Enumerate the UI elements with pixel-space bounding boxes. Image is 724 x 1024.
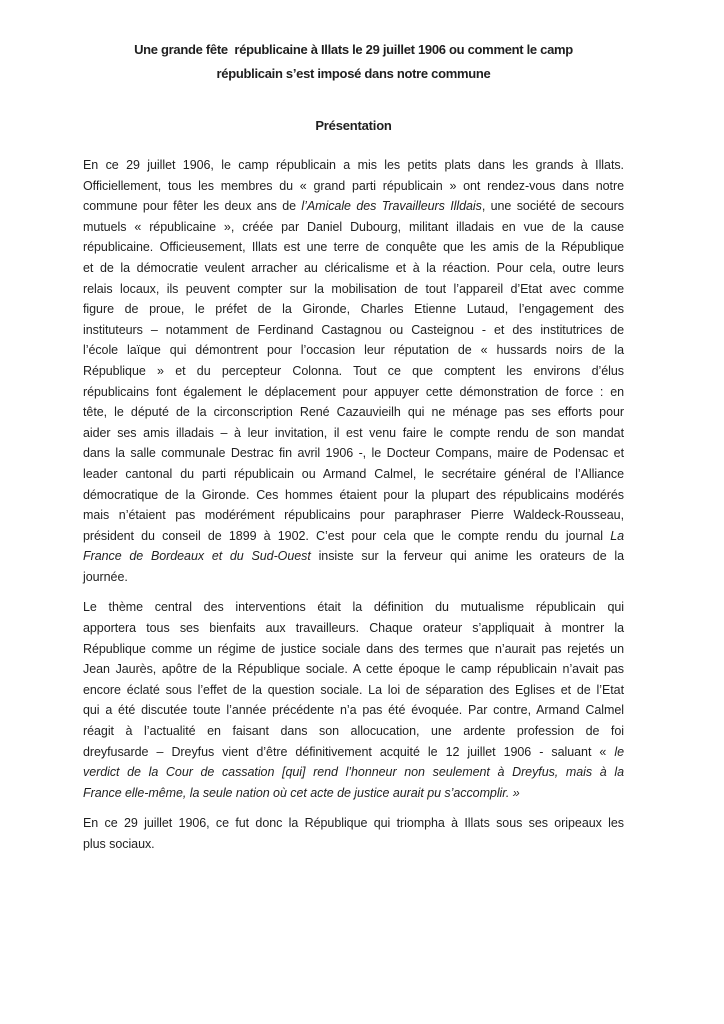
text-line: réagit à l’actualité en faisant dans son… — [83, 721, 624, 742]
text-line: instituteurs – notamment de Ferdinand Ca… — [83, 320, 624, 341]
text-line: plus sociaux. — [83, 834, 624, 855]
text-line: journée. — [83, 567, 624, 588]
text-line: tête, le député de la circonscription Re… — [83, 402, 624, 423]
text-run: En ce 29 juillet 1906, le camp républica… — [83, 158, 624, 172]
text-run: mutuels « républicaine », créée par Dani… — [83, 220, 624, 234]
text-run: En ce 29 juillet 1906, ce fut donc la Ré… — [83, 816, 624, 830]
text-line: l’école laïque qui démontrent pour l’occ… — [83, 340, 624, 361]
text-line: aider ses amis illadais – à leur invitat… — [83, 423, 624, 444]
paragraph: En ce 29 juillet 1906, ce fut donc la Ré… — [83, 813, 624, 854]
document-body: En ce 29 juillet 1906, le camp républica… — [83, 155, 624, 855]
text-line: leader cantonal du parti républicain ou … — [83, 464, 624, 485]
text-run: qui a été discutée toute l’année précéde… — [83, 703, 624, 717]
text-run: l’école laïque qui démontrent pour l’occ… — [83, 343, 624, 357]
text-line: France elle-même, la seule nation où cet… — [83, 783, 624, 804]
text-run: dreyfusarde – Dreyfus vient d’être défin… — [83, 745, 614, 759]
text-line: En ce 29 juillet 1906, ce fut donc la Ré… — [83, 813, 624, 834]
text-run: Officiellement, tous les membres du « gr… — [83, 179, 624, 193]
text-run: relais locaux, ils peuvent compter sur l… — [83, 282, 624, 296]
text-run: France de Bordeaux et du Sud-Ouest — [83, 549, 311, 563]
text-run: instituteurs – notamment de Ferdinand Ca… — [83, 323, 624, 337]
text-run: République » et du percepteur Colonna. T… — [83, 364, 624, 378]
text-line: figure de proue, le préfet de la Gironde… — [83, 299, 624, 320]
text-line: Jean Jaurès, apôtre de la République soc… — [83, 659, 624, 680]
text-line: encore éclaté sous l’effet de la questio… — [83, 680, 624, 701]
text-line: président du conseil de 1899 à 1902. C’e… — [83, 526, 624, 547]
text-line: démocratique de la Gironde. Ces hommes é… — [83, 485, 624, 506]
text-line: Le thème central des interventions était… — [83, 597, 624, 618]
text-run: et de la démocratie veulent arracher au … — [83, 261, 624, 275]
text-run: apportera tous ses bienfaits aux travail… — [83, 621, 624, 635]
text-run: réagit à l’actualité en faisant dans son… — [83, 724, 624, 738]
text-line: relais locaux, ils peuvent compter sur l… — [83, 279, 624, 300]
text-run: Jean Jaurès, apôtre de la République soc… — [83, 662, 624, 676]
text-run: Le thème central des interventions était… — [83, 600, 624, 614]
text-run: aider ses amis illadais – à leur invitat… — [83, 426, 624, 440]
section-heading-presentation: Présentation — [83, 114, 624, 138]
document-title-line-1: Une grande fête républicaine à Illats le… — [83, 38, 624, 62]
text-run: républicaine. Officieusement, Illats est… — [83, 240, 624, 254]
text-line: apportera tous ses bienfaits aux travail… — [83, 618, 624, 639]
text-run: républicains font également le déplaceme… — [83, 385, 624, 399]
text-line: commune pour fêter les deux ans de l’Ami… — [83, 196, 624, 217]
text-run: France elle-même, la seule nation où cet… — [83, 786, 520, 800]
text-line: République comme un régime de justice so… — [83, 639, 624, 660]
text-run: président du conseil de 1899 à 1902. C’e… — [83, 529, 610, 543]
text-run: verdict de la Cour de cassation [qui] re… — [83, 765, 624, 779]
text-run: plus sociaux. — [83, 837, 155, 851]
text-line: République » et du percepteur Colonna. T… — [83, 361, 624, 382]
text-line: qui a été discutée toute l’année précéde… — [83, 700, 624, 721]
text-run: commune pour fêter les deux ans de — [83, 199, 301, 213]
text-run: journée. — [83, 570, 128, 584]
text-run: leader cantonal du parti républicain ou … — [83, 467, 624, 481]
text-run: le — [614, 745, 624, 759]
paragraph: Le thème central des interventions était… — [83, 597, 624, 803]
document-title: Une grande fête républicaine à Illats le… — [83, 38, 624, 86]
text-line: mais n’étaient pas modérément républicai… — [83, 505, 624, 526]
text-line: verdict de la Cour de cassation [qui] re… — [83, 762, 624, 783]
text-line: dreyfusarde – Dreyfus vient d’être défin… — [83, 742, 624, 763]
text-run: République comme un régime de justice so… — [83, 642, 624, 656]
text-run: l’Amicale des Travailleurs Illdais — [301, 199, 481, 213]
text-run: encore éclaté sous l’effet de la questio… — [83, 683, 624, 697]
text-run: , une société de secours — [482, 199, 624, 213]
document-title-line-2: républicain s’est imposé dans notre comm… — [83, 62, 624, 86]
text-run: figure de proue, le préfet de la Gironde… — [83, 302, 624, 316]
text-run: insiste sur la ferveur qui anime les ora… — [311, 549, 624, 563]
scanned-document-page: Une grande fête républicaine à Illats le… — [0, 0, 724, 1024]
text-line: républicains font également le déplaceme… — [83, 382, 624, 403]
text-line: républicaine. Officieusement, Illats est… — [83, 237, 624, 258]
text-line: et de la démocratie veulent arracher au … — [83, 258, 624, 279]
text-run: démocratique de la Gironde. Ces hommes é… — [83, 488, 624, 502]
text-line: Officiellement, tous les membres du « gr… — [83, 176, 624, 197]
text-line: France de Bordeaux et du Sud-Ouest insis… — [83, 546, 624, 567]
text-line: dans la salle communale Destrac fin avri… — [83, 443, 624, 464]
text-run: tête, le député de la circonscription Re… — [83, 405, 624, 419]
text-line: En ce 29 juillet 1906, le camp républica… — [83, 155, 624, 176]
text-line: mutuels « républicaine », créée par Dani… — [83, 217, 624, 238]
text-run: dans la salle communale Destrac fin avri… — [83, 446, 624, 460]
text-run: mais n’étaient pas modérément républicai… — [83, 508, 624, 522]
text-run: La — [610, 529, 624, 543]
paragraph: En ce 29 juillet 1906, le camp républica… — [83, 155, 624, 587]
document-content: Une grande fête républicaine à Illats le… — [83, 38, 624, 865]
